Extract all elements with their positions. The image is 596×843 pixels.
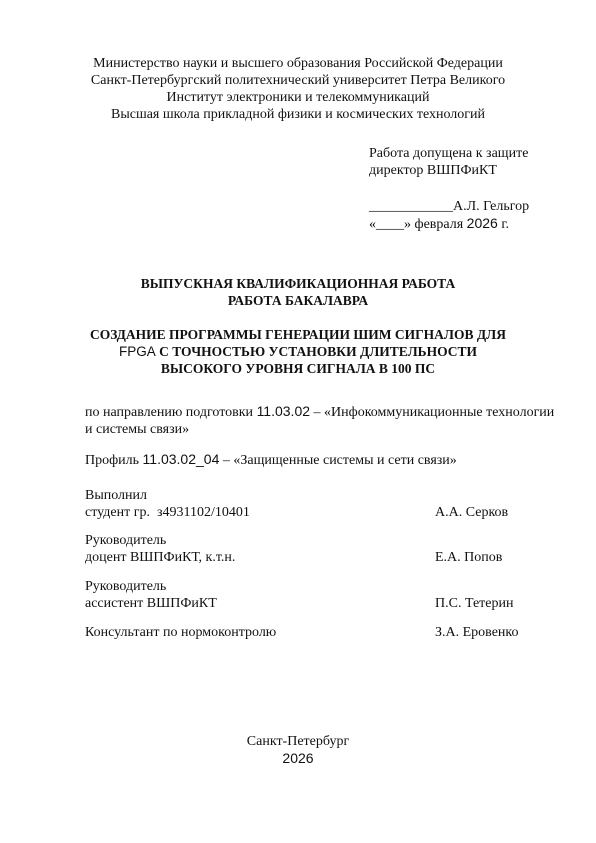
- signature-name: А.А. Серков: [435, 504, 525, 521]
- signature-role: Руководитель: [85, 532, 525, 549]
- header-school: Высшая школа прикладной физики и космиче…: [0, 106, 596, 123]
- approval-date: «____» февраля 2026 г.: [369, 215, 529, 233]
- direction-code: 11.03.02: [257, 403, 310, 419]
- signature-name: П.С. Тетерин: [435, 595, 525, 612]
- signature-co-supervisor: Руководитель ассистент ВШПФиКТ П.С. Тете…: [85, 578, 525, 612]
- signature-role: Руководитель: [85, 578, 525, 595]
- signature-position: ассистент ВШПФиКТ: [85, 595, 217, 612]
- header-ministry: Министерство науки и высшего образования…: [0, 55, 596, 72]
- profile-line: Профиль 11.03.02_04 – «Защищенные систем…: [85, 451, 457, 469]
- direction-line1: по направлению подготовки 11.03.02 – «Ин…: [85, 403, 554, 421]
- approval-signatory: А.Л. Гельгор: [453, 199, 529, 214]
- topic-line1: СОЗДАНИЕ ПРОГРАММЫ ГЕНЕРАЦИИ ШИМ СИГНАЛО…: [0, 326, 596, 343]
- work-type-line2: РАБОТА БАКАЛАВРА: [0, 292, 596, 309]
- footer: Санкт-Петербург 2026: [0, 733, 596, 767]
- profile-code: 11.03.02_04: [143, 451, 220, 467]
- signature-position: Консультант по нормоконтролю: [85, 624, 276, 641]
- date-day-blank: ____: [376, 217, 404, 232]
- approval-block: Работа допущена к защите директор ВШПФиК…: [369, 145, 529, 233]
- work-type-line1: ВЫПУСКНАЯ КВАЛИФИКАЦИОННАЯ РАБОТА: [0, 275, 596, 292]
- footer-city: Санкт-Петербург: [0, 733, 596, 750]
- footer-year: 2026: [0, 750, 596, 767]
- approval-line2: директор ВШПФиКТ: [369, 162, 529, 179]
- date-open-quote: «: [369, 217, 376, 232]
- thesis-title-block: ВЫПУСКНАЯ КВАЛИФИКАЦИОННАЯ РАБОТА РАБОТА…: [0, 275, 596, 377]
- signature-student: Выполнил студент гр. з4931102/10401 А.А.…: [85, 487, 525, 521]
- profile-name: – «Защищенные системы и сети связи»: [219, 453, 456, 468]
- signature-role: Выполнил: [85, 487, 525, 504]
- direction-name: – «Инфокоммуникационные технологии: [310, 405, 554, 420]
- topic-line2: FPGA С ТОЧНОСТЬЮ УСТАНОВКИ ДЛИТЕЛЬНОСТИ: [0, 343, 596, 360]
- topic-fpga: FPGA: [119, 344, 156, 359]
- signature-position: доцент ВШПФиКТ, к.т.н.: [85, 549, 235, 566]
- study-profile: Профиль 11.03.02_04 – «Защищенные систем…: [85, 451, 457, 469]
- approval-signature-line: ____________А.Л. Гельгор: [369, 198, 529, 215]
- direction-line2: и системы связи»: [85, 421, 554, 438]
- direction-prefix: по направлению подготовки: [85, 405, 257, 420]
- signature-position: студент гр. з4931102/10401: [85, 504, 250, 521]
- date-month: » февраля: [404, 217, 467, 232]
- signature-normcontrol: Консультант по нормоконтролю З.А. Еровен…: [85, 624, 525, 641]
- profile-prefix: Профиль: [85, 453, 143, 468]
- signature-supervisor: Руководитель доцент ВШПФиКТ, к.т.н. Е.А.…: [85, 532, 525, 566]
- ministry-header: Министерство науки и высшего образования…: [0, 55, 596, 123]
- signature-blank: ____________: [369, 199, 453, 214]
- date-suffix: г.: [498, 217, 509, 232]
- header-university: Санкт-Петербургский политехнический унив…: [0, 72, 596, 89]
- approval-line1: Работа допущена к защите: [369, 145, 529, 162]
- header-institute: Институт электроники и телекоммуникаций: [0, 89, 596, 106]
- study-direction: по направлению подготовки 11.03.02 – «Ин…: [85, 403, 554, 438]
- signature-name: Е.А. Попов: [435, 549, 525, 566]
- date-year: 2026: [467, 215, 498, 231]
- topic-line2-rest: С ТОЧНОСТЬЮ УСТАНОВКИ ДЛИТЕЛЬНОСТИ: [156, 344, 477, 359]
- signature-name: З.А. Еровенко: [435, 624, 525, 641]
- topic-line3: ВЫСОКОГО УРОВНЯ СИГНАЛА В 100 ПС: [0, 360, 596, 377]
